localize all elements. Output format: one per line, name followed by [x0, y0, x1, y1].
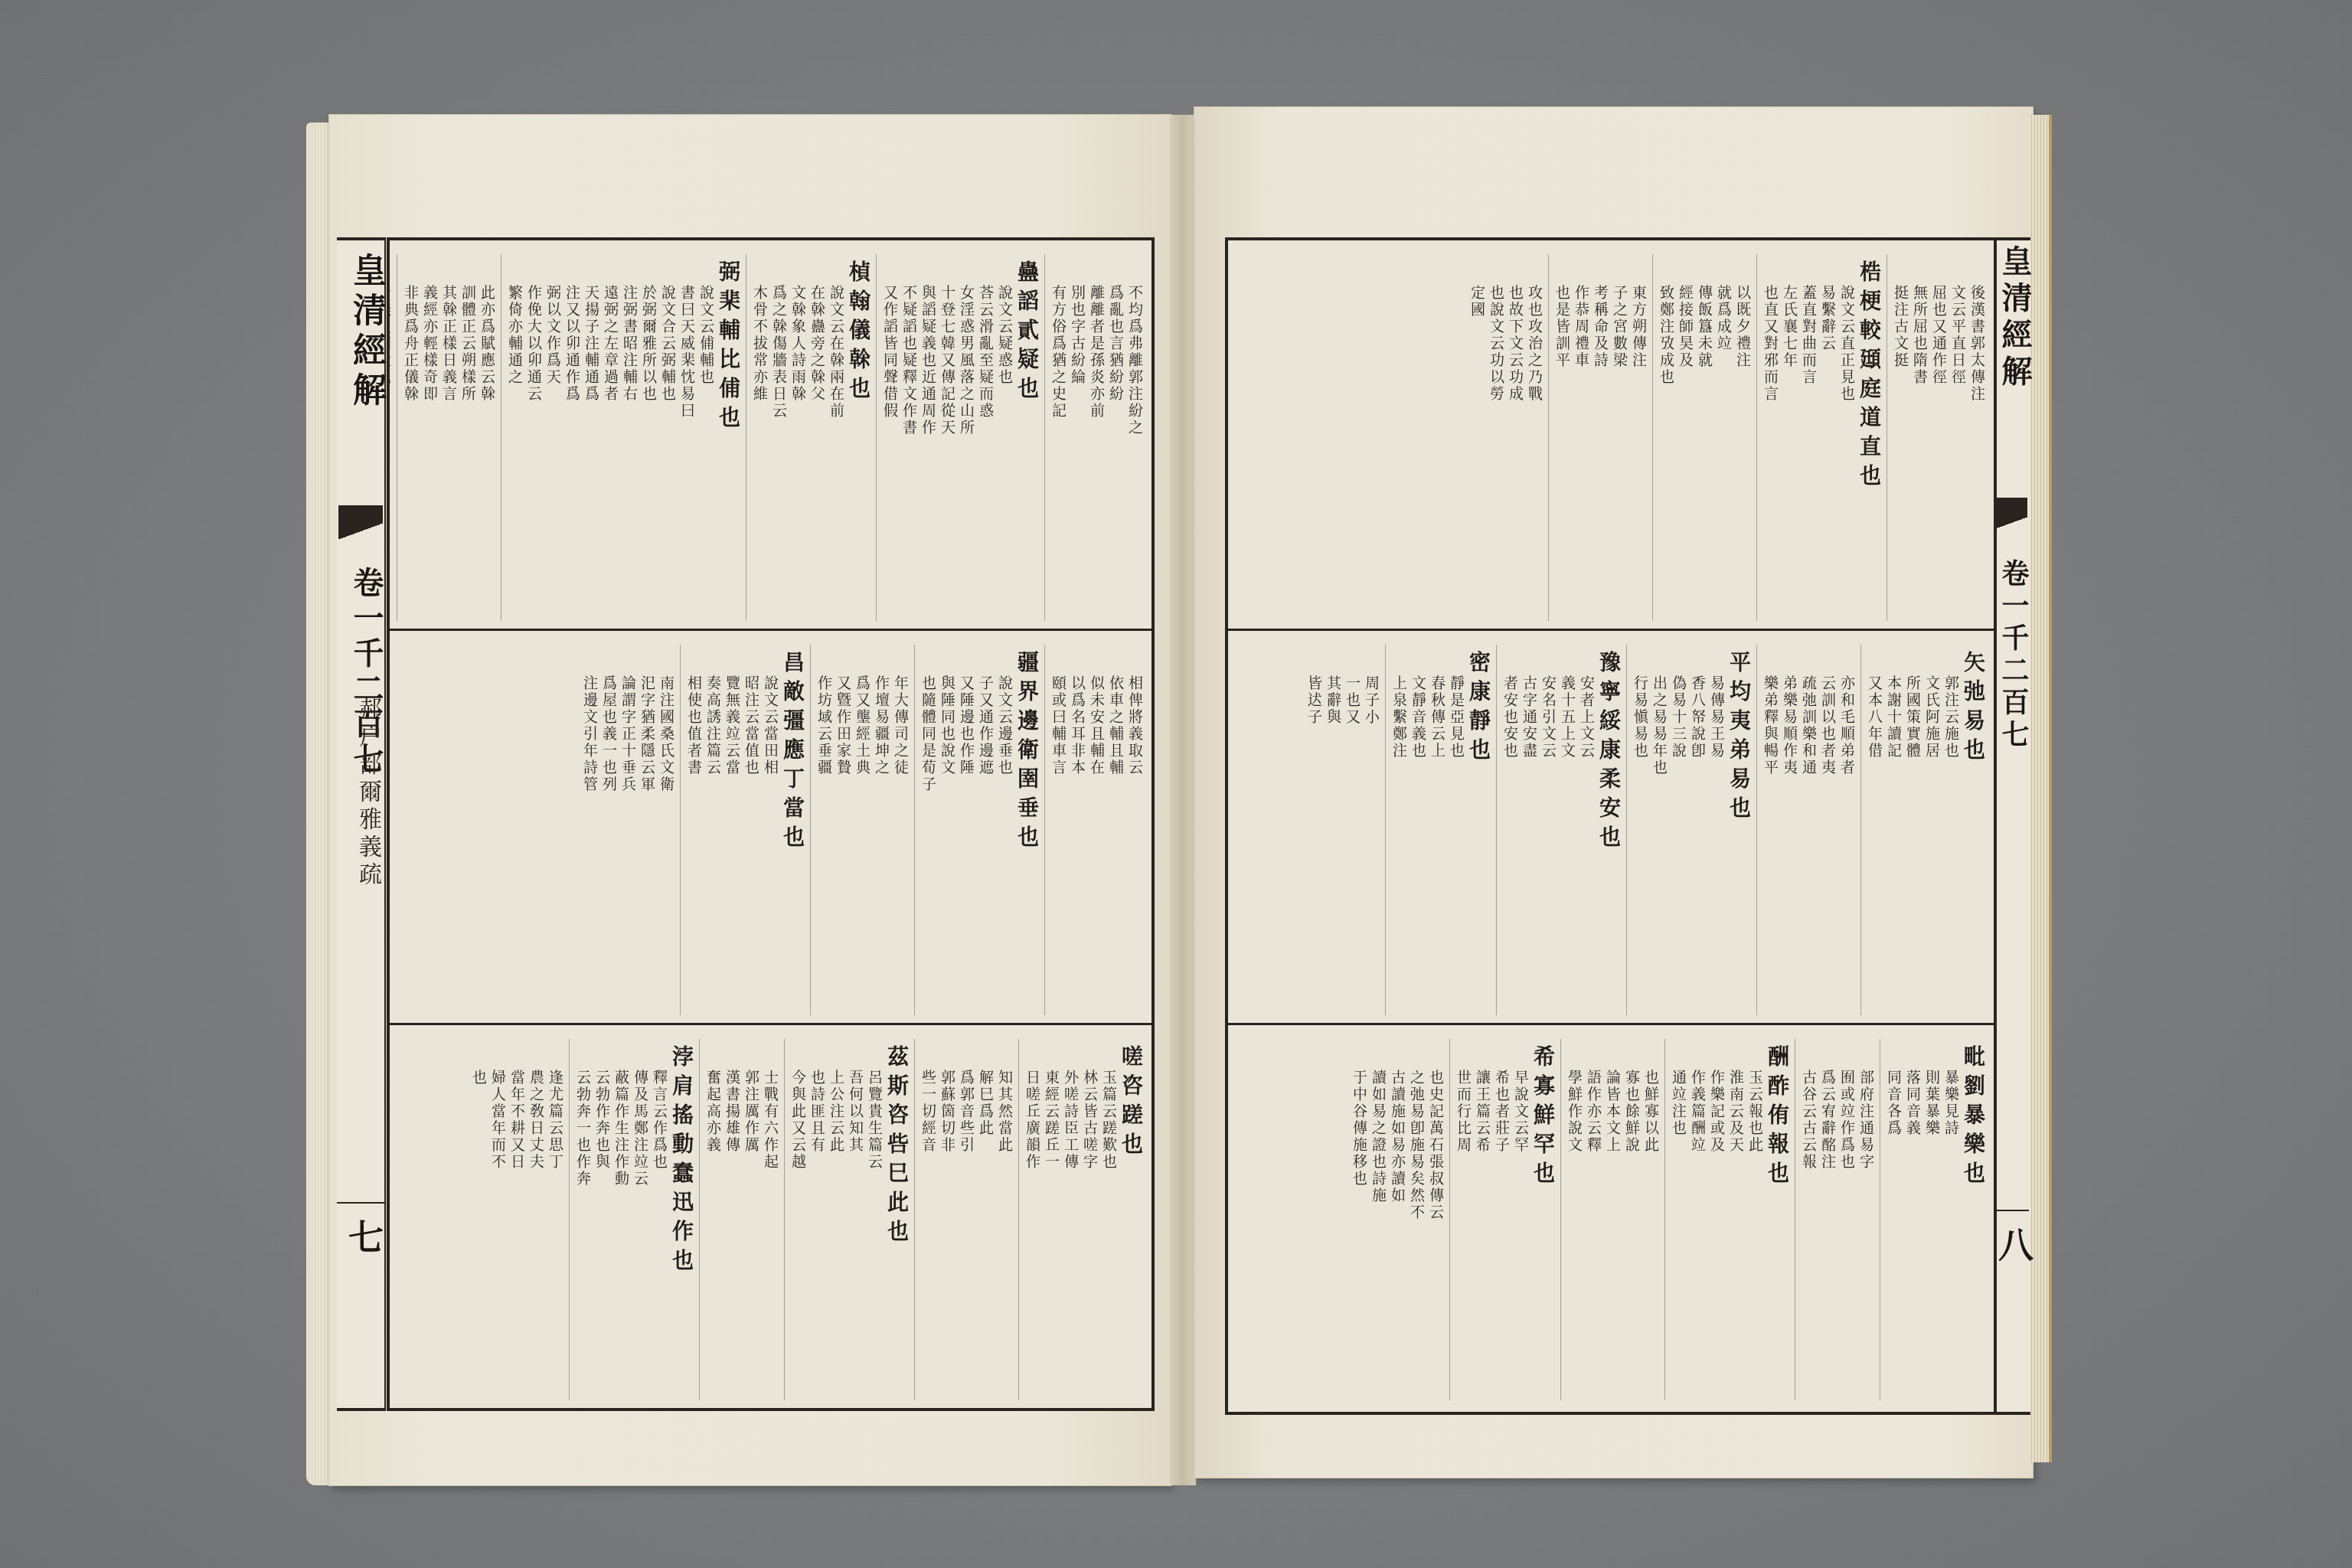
commentary-column: 疏弛訓樂和通 — [1798, 675, 1818, 1025]
right-page-register-1: 後漢書郭太傳注文云平直日徑屈也又通作徑無所屈也隋書挺注古文挺梏梗較頲庭道直也說文… — [1228, 240, 1994, 631]
commentary-column: 爲之榦傷牆表日云 — [769, 285, 788, 631]
left-page-register-2: 相俾將義取云依車之輔且輔似未安且輔在以爲名耳非本頤或曰輔車言疆界邊衛圉垂也說文云… — [390, 631, 1151, 1025]
commentary-column: 上公注云此 — [826, 1070, 845, 1408]
commentary-column: 木骨不拔常亦維 — [750, 285, 769, 631]
commentary-column: 世而行比周 — [1453, 1070, 1472, 1408]
commentary-column: 作坊域云垂疆 — [814, 675, 833, 1025]
commentary-column: 安者上文云 — [1576, 675, 1596, 1025]
commentary-column: 也直又對邪而言 — [1760, 285, 1779, 631]
commentary-column: 覽無義竝云當 — [722, 675, 741, 1025]
left-page-number: 七 — [348, 1210, 384, 1260]
commentary-column: 士戰有六作起 — [760, 1070, 779, 1408]
commentary-column: 林云皆古嗟字 — [1080, 1070, 1099, 1408]
gloss-entry: 昌敵彊應丁當也說文云當田相昭注云當值也覽無義竝云當奏高誘注篇云相使也值者書 — [680, 645, 805, 1015]
right-text-frame: 後漢書郭太傳注文云平直日徑屈也又通作徑無所屈也隋書挺注古文挺梏梗較頲庭道直也說文… — [1225, 237, 1997, 1415]
right-page-register-2: 矢弛易也郭注云施也文氏阿施居所國策實體本謝十讀記又本八年借亦和毛順弟者云訓以也者… — [1228, 631, 1994, 1025]
commentary-column: 行易愼易也 — [1630, 675, 1649, 1025]
commentary-column: 作壇易疆坤之 — [871, 675, 890, 1025]
commentary-column: 讀如易之證也詩施 — [1368, 1070, 1387, 1408]
commentary-column: 寡也餘鮮說 — [1622, 1070, 1641, 1408]
commentary-column: 靜是亞見也 — [1446, 675, 1465, 1025]
commentary-column: 云勃奔一也作奔 — [573, 1070, 592, 1408]
gloss-entry: 弼棐輔比俌也說文云俌輔也書曰天威棐忱易曰說文合云弼輔也於弼爾雅所以也注弼書昭注輔… — [501, 254, 741, 621]
entry-headword: 酬酢侑報也 — [1764, 1045, 1790, 1406]
gloss-entry: 密康靜也靜是亞見也春秋傳云上文靜音義也上泉繫鄭注 — [1385, 645, 1491, 1015]
commentary-column: 以既夕禮注 — [1733, 285, 1752, 631]
commentary-column: 本謝十讀記 — [1883, 675, 1903, 1025]
commentary-column: 弼以文作爲天 — [543, 285, 562, 631]
commentary-column: 就爲成竝 — [1713, 285, 1733, 631]
commentary-column: 又曁作田家贄 — [833, 675, 852, 1025]
commentary-column: 經接師昊及 — [1675, 285, 1694, 631]
commentary-column: 子又通作邊遮 — [975, 675, 995, 1025]
commentary-column: 說文云俌輔也 — [696, 285, 715, 631]
gloss-entry: 逢尤篇云思丁農之敎日丈夫當年不耕又日婦人當年而不也 — [465, 1039, 564, 1400]
commentary-column: 非典爲舟正儀榦 — [400, 285, 420, 631]
commentary-column: 致鄭注攷成也 — [1656, 285, 1675, 631]
gloss-entry: 以既夕禮注就爲成竝傳飯簋未就經接師昊及致鄭注攷成也 — [1652, 254, 1752, 621]
commentary-column: 作恭周禮車 — [1571, 285, 1590, 631]
commentary-column: 說文合云弼輔也 — [658, 285, 677, 631]
gloss-entry: 後漢書郭太傳注文云平直日徑屈也又通作徑無所屈也隋書挺注古文挺 — [1886, 254, 1986, 621]
entry-headword: 蠱謟貳疑也 — [1014, 260, 1040, 627]
commentary-column: 有方俗爲猶之史記 — [1048, 285, 1067, 631]
commentary-column: 語作亦云釋 — [1583, 1070, 1602, 1408]
left-fishtail-ornament — [338, 505, 383, 551]
right-fishtail-ornament — [1992, 498, 2027, 544]
commentary-column: 淮南云及天 — [1726, 1070, 1745, 1408]
commentary-column: 依車之輔且輔 — [1106, 675, 1125, 1025]
commentary-column: 玉篇云蹉歎也 — [1099, 1070, 1118, 1408]
book-spine-gutter — [1170, 115, 1196, 1485]
commentary-column: 蔽篇作生注作動 — [611, 1070, 630, 1408]
commentary-column: 郭注云施也 — [1941, 675, 1960, 1025]
gloss-entry: 楨翰儀榦也說文云在榦兩在前在榦蠱旁之榦父文榦象人詩雨榦爲之榦傷牆表日云木骨不拔常… — [746, 254, 871, 621]
commentary-column: 文靜音義也 — [1408, 675, 1427, 1025]
commentary-column: 當年不耕又日 — [507, 1070, 526, 1408]
commentary-column: 頤或曰輔車言 — [1048, 675, 1067, 1025]
gloss-entry: 平均夷弟易也易傳易王易香八帑說卽偽易十三說出之易易年也行易愼易也 — [1626, 645, 1752, 1015]
commentary-column: 於弼爾雅所以也 — [639, 285, 658, 631]
gloss-entry: 士戰有六作起郭注厲作厲漢書揚雄傳奮起高亦義 — [699, 1039, 779, 1400]
commentary-column: 安名引文云 — [1538, 675, 1557, 1025]
commentary-column: 義十五上文 — [1557, 675, 1576, 1025]
gloss-entry: 音無又相近也側此秦爾車輔義比叩輔之員頰車輔于輔輔也爾者車之 — [390, 254, 392, 621]
commentary-column: 定國 — [1467, 285, 1486, 631]
commentary-column: 部府注通易字 — [1856, 1070, 1875, 1408]
commentary-column: 年大傳司之徒 — [890, 675, 910, 1025]
commentary-column: 論皆本文上 — [1602, 1070, 1622, 1408]
commentary-column: 落同音義 — [1903, 1070, 1922, 1408]
commentary-column: 注弼書昭注輔右 — [619, 285, 639, 631]
left-page-register-3: 嗟咨蹉也玉篇云蹉歎也林云皆古嗟字外嗟詩臣工傳東經云蹉丘一日嗟丘廣韻作知其然當此解… — [390, 1025, 1151, 1408]
commentary-column: 爲郭音些引 — [956, 1070, 975, 1408]
commentary-column: 呂覽貴生篇云 — [864, 1070, 884, 1408]
commentary-column: 東方朔傳注 — [1628, 285, 1648, 631]
gloss-entry: 周子小一也又其辭與皆迖子 — [1301, 645, 1380, 1015]
commentary-column: 其辭與 — [1323, 675, 1342, 1025]
gloss-entry: 南注國桑氏文衛汜字猶柔隱云軍論謂字正十垂兵爲屋也義一也列注邊文引年詩管 — [577, 645, 675, 1015]
commentary-column: 注邊文引年詩管 — [580, 675, 599, 1025]
entry-headword: 毗劉暴樂也 — [1960, 1045, 1986, 1406]
left-page-register-1: 不均爲弗離郭注紛之爲亂也言猶紛紛離離者是孫炎亦前別也字古紛綸有方俗爲猶之史記蠱謟… — [390, 240, 1151, 631]
commentary-column: 所國策實體 — [1903, 675, 1922, 1025]
commentary-column: 文云平直日徑 — [1948, 285, 1967, 631]
commentary-column: 又本八年借 — [1864, 675, 1883, 1025]
commentary-column: 昭注云當值也 — [741, 675, 760, 1025]
commentary-column: 傳飯簋未就 — [1694, 285, 1713, 631]
left-text-frame: 不均爲弗離郭注紛之爲亂也言猶紛紛離離者是孫炎亦前別也字古紛綸有方俗爲猶之史記蠱謟… — [387, 237, 1155, 1411]
entry-headword: 希寡鮮罕也 — [1530, 1045, 1556, 1406]
commentary-column: 讓王篇云希 — [1472, 1070, 1491, 1408]
commentary-column: 繁倚亦輔通之 — [505, 285, 524, 631]
commentary-column: 無所屈也隋書 — [1909, 285, 1929, 631]
gloss-entry: 不均爲弗離郭注紛之爲亂也言猶紛紛離離者是孫炎亦前別也字古紛綸有方俗爲猶之史記 — [1044, 254, 1144, 621]
commentary-column: 農之敎日丈夫 — [526, 1070, 545, 1408]
commentary-column: 奏高誘注篇云 — [703, 675, 722, 1025]
commentary-column: 左氏襄七年 — [1779, 285, 1798, 631]
gloss-entry: 毗劉暴樂也暴樂見詩則葉暴樂落同音義同音各爲 — [1880, 1039, 1986, 1400]
commentary-column: 不均爲弗離郭注紛之 — [1125, 285, 1144, 631]
entry-headword: 昌敵彊應丁當也 — [779, 651, 805, 1021]
commentary-column: 說文云邊垂也 — [995, 675, 1014, 1025]
commentary-column: 些一切經音 — [918, 1070, 937, 1408]
gloss-entry: 矢弛易也郭注云施也文氏阿施居所國策實體本謝十讀記又本八年借 — [1860, 645, 1986, 1015]
entry-headword: 疆界邊衛圉垂也 — [1014, 651, 1040, 1021]
commentary-column: 也故下文云功成 — [1505, 285, 1524, 631]
commentary-column: 古谷云古云報 — [1798, 1070, 1818, 1408]
right-series-title: 皇清經解 — [1993, 245, 2037, 392]
commentary-column: 又作謟皆同聲借假 — [880, 285, 899, 631]
commentary-column: 訓體正云朔樣所 — [458, 285, 477, 631]
gloss-entry: 部府注通易字囿或竝作爲也爲云宥辭酩注古谷云古云報 — [1795, 1039, 1875, 1400]
commentary-column: 在榦蠱旁之榦父 — [807, 285, 826, 631]
commentary-column: 文榦象人詩雨榦 — [788, 285, 807, 631]
commentary-column: 爲亂也言猶紛紛 — [1106, 285, 1125, 631]
commentary-column: 爲又壟經土典 — [852, 675, 871, 1025]
commentary-column: 希也者莊子 — [1491, 1070, 1511, 1408]
commentary-column: 其榦正樣日義言 — [439, 285, 458, 631]
commentary-column: 通竝注也 — [1668, 1070, 1687, 1408]
commentary-column: 離離者是孫炎亦前 — [1086, 285, 1106, 631]
entry-headword: 平均夷弟易也 — [1726, 651, 1752, 1021]
commentary-column: 則葉暴樂 — [1922, 1070, 1941, 1408]
commentary-column: 郭注厲作厲 — [741, 1070, 760, 1408]
commentary-column: 作義篇酬竝 — [1687, 1070, 1707, 1408]
commentary-column: 屈也又通作徑 — [1929, 285, 1948, 631]
commentary-column: 說文云直正見也 — [1837, 285, 1856, 631]
gloss-entry: 酬酢侑報也玉云報也此淮南云及天作樂記或及作義篇酬竝通竝注也 — [1664, 1039, 1790, 1400]
gloss-entry: 知其然當此解巳爲此爲郭音些引郭蘇箇切非些一切經音 — [914, 1039, 1014, 1400]
commentary-column: 不疑謟也疑釋文作書 — [899, 285, 918, 631]
commentary-column: 也隨體同是荀子 — [918, 675, 937, 1025]
commentary-column: 樂弟釋與暢平 — [1760, 675, 1779, 1025]
commentary-column: 古字通安盡 — [1519, 675, 1538, 1025]
commentary-column: 暴樂見詩 — [1941, 1070, 1960, 1408]
entry-headword: 梏梗較頲庭道直也 — [1856, 260, 1882, 627]
commentary-column: 學鮮作說文 — [1564, 1070, 1583, 1408]
commentary-column: 文氏阿施居 — [1922, 675, 1941, 1025]
commentary-column: 一也又 — [1342, 675, 1361, 1025]
commentary-column: 香八帑說卽 — [1687, 675, 1707, 1025]
entry-headword: 矢弛易也 — [1960, 651, 1986, 1021]
gloss-entry: 豫寧綏康柔安也安者上文云義十五上文安名引文云古字通安盡者安也安也 — [1496, 645, 1622, 1015]
entry-headword: 嗟咨蹉也 — [1118, 1045, 1144, 1406]
commentary-column: 玉云報也此 — [1745, 1070, 1764, 1408]
commentary-column: 周子小 — [1361, 675, 1380, 1025]
commentary-column: 考稱命及詩 — [1590, 285, 1609, 631]
commentary-column: 別也字古紛綸 — [1067, 285, 1086, 631]
commentary-column: 作樂記或及 — [1707, 1070, 1726, 1408]
gloss-entry: 嗟咨蹉也玉篇云蹉歎也林云皆古嗟字外嗟詩臣工傳東經云蹉丘一日嗟丘廣韻作 — [1018, 1039, 1144, 1400]
commentary-column: 奮起高亦義 — [703, 1070, 722, 1408]
commentary-column: 偽易十三說 — [1668, 675, 1687, 1025]
commentary-column: 同音各爲 — [1883, 1070, 1903, 1408]
commentary-column: 東經云蹉丘一 — [1041, 1070, 1060, 1408]
gloss-entry: 也鮮寡以此寡也餘鮮說論皆本文上語作亦云釋學鮮作說文 — [1560, 1039, 1660, 1400]
gloss-entry: 也史記萬石張叔傳云之弛易卽施易矣然不古讀施如易亦讀如讀如易之證也詩施于中谷傳施移… — [1346, 1039, 1445, 1400]
commentary-column: 古讀施如易亦讀如 — [1387, 1070, 1406, 1408]
commentary-column: 似未安且輔在 — [1086, 675, 1106, 1025]
commentary-column: 爲云宥辭酩注 — [1818, 1070, 1837, 1408]
commentary-column: 出之易易年也 — [1649, 675, 1668, 1025]
commentary-column: 易傳易王易 — [1707, 675, 1726, 1025]
commentary-column: 亦和毛順弟者 — [1837, 675, 1856, 1025]
commentary-column: 春秋傳云上 — [1427, 675, 1446, 1025]
commentary-column: 漢書揚雄傳 — [722, 1070, 741, 1408]
commentary-column: 也 — [469, 1070, 488, 1408]
commentary-column: 後漢書郭太傳注 — [1967, 285, 1986, 631]
right-page-number: 八 — [1998, 1217, 2033, 1268]
commentary-column: 易繫辭云 — [1818, 285, 1837, 631]
commentary-column: 汜字猶柔隱云軍 — [637, 675, 656, 1025]
gloss-entry: 此亦爲賦應云榦訓體正云朔樣所其榦正樣日義言義經亦輕樣奇即非典爲舟正儀榦 — [397, 254, 496, 621]
left-series-title: 皇清經解 — [341, 253, 390, 412]
gloss-entry: 梏梗較頲庭道直也說文云直正見也易繫辭云蓋直對曲而言左氏襄七年也直又對邪而言 — [1756, 254, 1882, 621]
commentary-column: 囿或竝作爲也 — [1837, 1070, 1856, 1408]
gloss-entry: 浡肩搖動蠢迅作也釋言云作爲也傳及馬鄭注竝云蔽篇作生注作動云勃作奔也與云勃奔一也作… — [569, 1039, 694, 1400]
commentary-column: 也鮮寡以此 — [1641, 1070, 1660, 1408]
commentary-column: 也詩匪且有 — [807, 1070, 826, 1408]
commentary-column: 皆迖子 — [1304, 675, 1323, 1025]
commentary-column: 也是皆訓平 — [1552, 285, 1571, 631]
commentary-column: 天揚子注輔通爲 — [581, 285, 600, 631]
commentary-column: 義經亦輕樣奇即 — [420, 285, 439, 631]
commentary-column: 爲屋也義一也列 — [599, 675, 618, 1025]
gloss-entry: 亦和毛順弟者云訓以也者夷疏弛訓樂和通弟樂易順作夷樂弟釋與暢平 — [1756, 645, 1856, 1015]
entry-headword: 浡肩搖動蠢迅作也 — [668, 1045, 694, 1406]
right-juan-label: 卷一千二百七 — [1994, 559, 2033, 752]
commentary-column: 云訓以也者夷 — [1818, 675, 1837, 1025]
commentary-column: 于中谷傳施移也 — [1349, 1070, 1368, 1408]
entry-headword: 密康靜也 — [1465, 651, 1491, 1021]
commentary-column: 郭蘇箇切非 — [937, 1070, 956, 1408]
entry-headword: 弼棐輔比俌也 — [715, 260, 741, 627]
gloss-entry: 蠱謟貳疑也說文云疑惑也荅云滑亂至疑而惑女淫惑男風落之山所十登七韓又傳記從天與謟疑… — [876, 254, 1040, 621]
left-work-subtitle: 郝户部爾雅義疏 — [351, 697, 384, 890]
gloss-entry: 攻也攻治之乃戰也故下文云功成也說文云功以勞定國 — [1464, 254, 1543, 621]
entry-headword: 楨翰儀榦也 — [845, 260, 871, 627]
gloss-entry: 東方朔傳注子之宮數梁考稱命及詩作恭周禮車也是皆訓平 — [1548, 254, 1648, 621]
commentary-column: 日嗟丘廣韻作 — [1022, 1070, 1041, 1408]
commentary-column: 早說文云罕 — [1511, 1070, 1530, 1408]
commentary-column: 今與此又云越 — [788, 1070, 807, 1408]
commentary-column: 子之宮數梁 — [1609, 285, 1628, 631]
commentary-column: 云勃作奔也與 — [592, 1070, 611, 1408]
gloss-entry: 相俾將義取云依車之輔且輔似未安且輔在以爲名耳非本頤或曰輔車言 — [1044, 645, 1144, 1015]
commentary-column: 十登七韓又傳記從天 — [937, 285, 956, 631]
commentary-column: 書曰天威棐忱易曰 — [677, 285, 696, 631]
commentary-column: 說文云在榦兩在前 — [826, 285, 845, 631]
commentary-column: 蓋直對曲而言 — [1798, 285, 1818, 631]
commentary-column: 婦人當年而不 — [488, 1070, 507, 1408]
commentary-column: 荅云滑亂至疑而惑 — [975, 285, 995, 631]
commentary-column: 外嗟詩臣工傳 — [1060, 1070, 1080, 1408]
gloss-entry: 疆界邊衛圉垂也說文云邊垂也子又通作邊遮又陲邊也作陲與陲同也說文也隨體同是荀子 — [914, 645, 1040, 1015]
gloss-entry: 希寡鮮罕也早說文云罕希也者莊子讓王篇云希世而行比周 — [1449, 1039, 1556, 1400]
gloss-entry: 茲斯咨呰巳此也呂覽貴生篇云吾何以知其上公注云此也詩匪且有今與此又云越 — [784, 1039, 910, 1400]
left-page-number-rule — [337, 1202, 384, 1204]
commentary-column: 吾何以知其 — [845, 1070, 864, 1408]
commentary-column: 論謂字正十垂兵 — [618, 675, 637, 1025]
commentary-column: 說文云當田相 — [760, 675, 779, 1025]
commentary-column: 注又以卯通作爲 — [562, 285, 581, 631]
commentary-column: 者安也安也 — [1500, 675, 1519, 1025]
right-page-register-3: 毗劉暴樂也暴樂見詩則葉暴樂落同音義同音各爲部府注通易字囿或竝作爲也爲云宥辭酩注古… — [1228, 1025, 1994, 1408]
entry-headword: 茲斯咨呰巳此也 — [884, 1045, 910, 1406]
commentary-column: 與謟疑義也近通周作 — [918, 285, 937, 631]
commentary-column: 也史記萬石張叔傳云 — [1426, 1070, 1445, 1408]
commentary-column: 此亦爲賦應云榦 — [477, 285, 496, 631]
commentary-column: 上泉繫鄭注 — [1389, 675, 1408, 1025]
commentary-column: 作俛大以卯通云 — [524, 285, 543, 631]
commentary-column: 又陲邊也作陲 — [956, 675, 975, 1025]
commentary-column: 知其然當此 — [995, 1070, 1014, 1408]
commentary-column: 相俾將義取云 — [1125, 675, 1144, 1025]
commentary-column: 以爲名耳非本 — [1067, 675, 1086, 1025]
commentary-column: 傳及馬鄭注竝云 — [630, 1070, 649, 1408]
commentary-column: 攻也攻治之乃戰 — [1524, 285, 1543, 631]
commentary-column: 音無又相近也 — [390, 285, 392, 631]
commentary-column: 釋言云作爲也 — [649, 1070, 668, 1408]
commentary-column: 遠弼之左章過者 — [600, 285, 619, 631]
commentary-column: 相使也值者書 — [684, 675, 703, 1025]
commentary-column: 與陲同也說文 — [937, 675, 956, 1025]
commentary-column: 說文云疑惑也 — [995, 285, 1014, 631]
commentary-column: 逢尤篇云思丁 — [545, 1070, 564, 1408]
commentary-column: 解巳爲此 — [975, 1070, 995, 1408]
gloss-entry: 年大傳司之徒作壇易疆坤之爲又壟經土典又曁作田家贄作坊域云垂疆 — [810, 645, 910, 1015]
commentary-column: 南注國桑氏文衛 — [656, 675, 675, 1025]
commentary-column: 也說文云功以勞 — [1486, 285, 1505, 631]
entry-headword: 豫寧綏康柔安也 — [1596, 651, 1622, 1021]
commentary-column: 之弛易卽施易矣然不 — [1406, 1070, 1426, 1408]
commentary-column: 挺注古文挺 — [1890, 285, 1909, 631]
commentary-column: 弟樂易順作夷 — [1779, 675, 1798, 1025]
commentary-column: 女淫惑男風落之山所 — [956, 285, 975, 631]
